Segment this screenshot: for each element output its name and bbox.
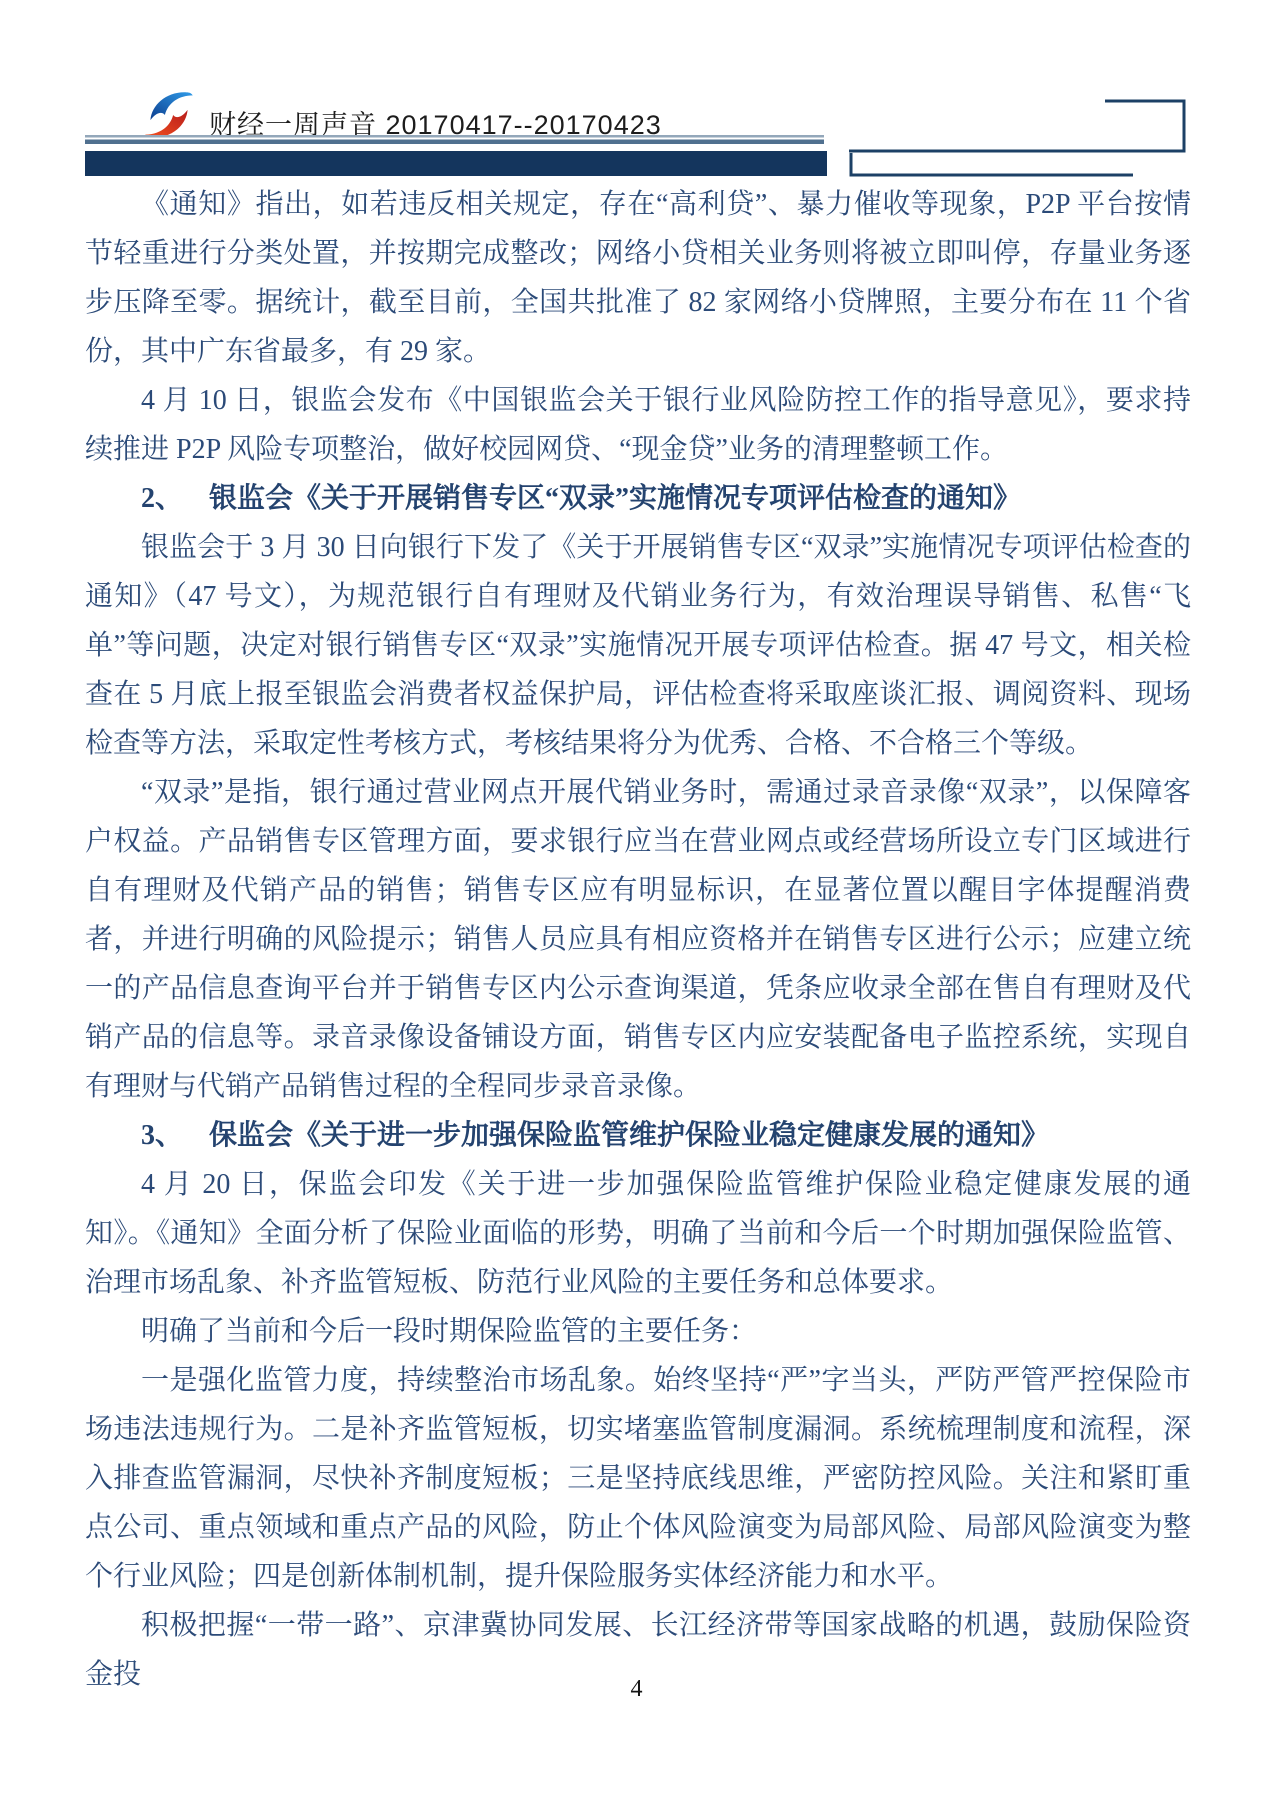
paragraph-7: 一是强化监管力度，持续整治市场乱象。始终坚持“严”字当头，严防严管严控保险市场违…	[85, 1356, 1191, 1601]
paragraph-2: 4 月 10 日，银监会发布《中国银监会关于银行业风险防控工作的指导意见》，要求…	[85, 376, 1191, 474]
paragraph-3: 银监会于 3 月 30 日向银行下发了《关于开展销售专区“双录”实施情况专项评估…	[85, 523, 1191, 768]
document-page: 财经一周声音 20170417--20170423 《通知》指出，如若违反相关规…	[0, 0, 1273, 1800]
section-number: 3、	[141, 1120, 183, 1151]
paragraph-5: 4 月 20 日，保监会印发《关于进一步加强保险监管维护保险业稳定健康发展的通知…	[85, 1160, 1191, 1307]
section-number: 2、	[141, 483, 183, 514]
paragraph-1: 《通知》指出，如若违反相关规定，存在“高利贷”、暴力催收等现象，P2P 平台按情…	[85, 180, 1191, 376]
paragraph-6: 明确了当前和今后一段时期保险监管的主要任务：	[85, 1307, 1191, 1356]
page-number: 4	[0, 1676, 1273, 1703]
header-step-lines	[0, 0, 1273, 210]
section-heading-2: 2、银监会《关于开展销售专区“双录”实施情况专项评估检查的通知》	[85, 474, 1191, 523]
section-title: 银监会《关于开展销售专区“双录”实施情况专项评估检查的通知》	[209, 483, 1021, 514]
document-body: 《通知》指出，如若违反相关规定，存在“高利贷”、暴力催收等现象，P2P 平台按情…	[85, 180, 1191, 1699]
paragraph-4: “双录”是指，银行通过营业网点开展代销业务时，需通过录音录像“双录”，以保障客户…	[85, 768, 1191, 1111]
section-title: 保监会《关于进一步加强保险监管维护保险业稳定健康发展的通知》	[209, 1120, 1049, 1151]
section-heading-3: 3、保监会《关于进一步加强保险监管维护保险业稳定健康发展的通知》	[85, 1111, 1191, 1160]
